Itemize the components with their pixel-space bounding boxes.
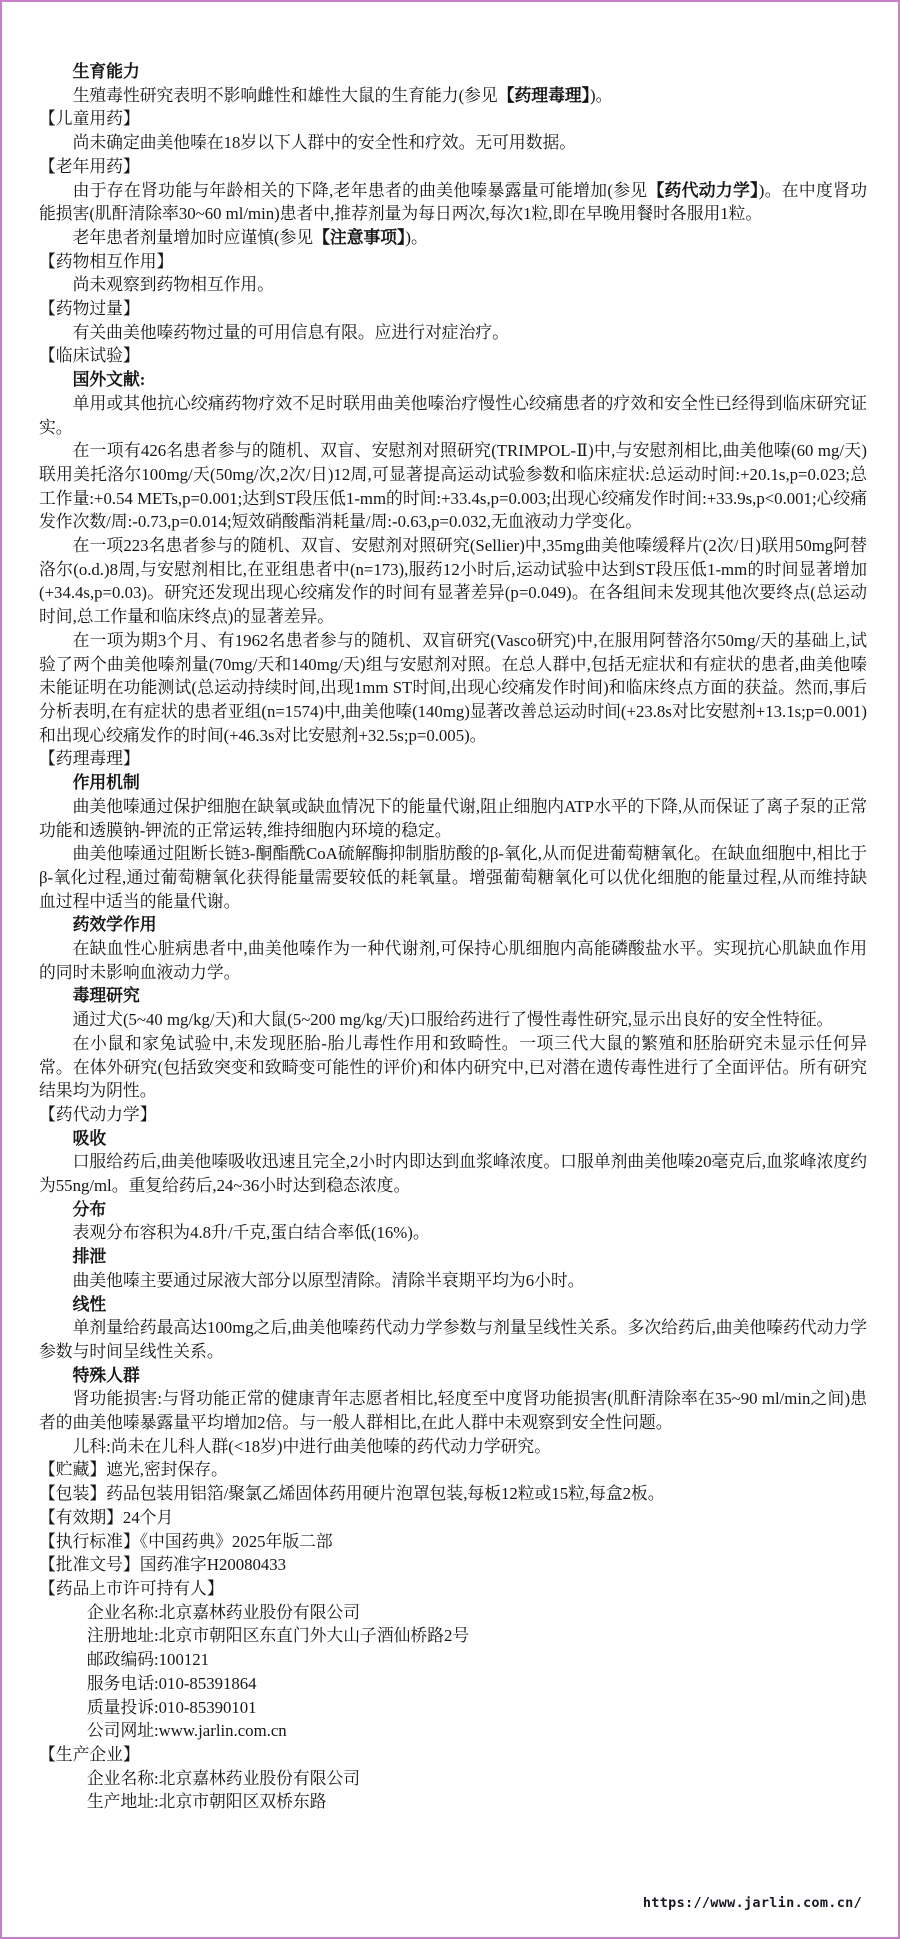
- paragraph: 表观分布容积为4.8升/千克,蛋白结合率低(16%)。: [39, 1221, 867, 1245]
- text: 表观分布容积为4.8升/千克,蛋白结合率低(16%)。: [73, 1223, 430, 1242]
- sub-header: 分布: [39, 1198, 867, 1222]
- section-header: 【老年用药】: [39, 155, 867, 179]
- contact-line: 邮政编码:100121: [39, 1648, 867, 1672]
- section-header: 【药物过量】: [39, 297, 867, 321]
- contact-line: 企业名称:北京嘉林药业股份有限公司: [39, 1601, 867, 1625]
- text: 通过犬(5~40 mg/kg/天)和大鼠(5~200 mg/kg/天)口服给药进…: [73, 1010, 834, 1029]
- contact-line: 服务电话:010-85391864: [39, 1672, 867, 1696]
- text: 《中国药典》2025年版二部: [140, 1532, 333, 1551]
- text: 肾功能损害:与肾功能正常的健康青年志愿者相比,轻度至中度肾功能损害(肌酐清除率在…: [39, 1389, 867, 1432]
- text: 【儿童用药】: [39, 109, 140, 128]
- paragraph: 尚未确定曲美他嗪在18岁以下人群中的安全性和疗效。无可用数据。: [39, 131, 867, 155]
- section-line: 【批准文号】国药准字H20080433: [39, 1553, 867, 1577]
- text: 【包装】: [39, 1484, 106, 1503]
- paragraph: 由于存在肾功能与年龄相关的下降,老年患者的曲美他嗪暴露量可能增加(参见【药代动力…: [39, 179, 867, 226]
- text: 在小鼠和家兔试验中,未发现胚胎-胎儿毒性作用和致畸性。一项三代大鼠的繁殖和胚胎研…: [39, 1034, 867, 1100]
- paragraph: 肾功能损害:与肾功能正常的健康青年志愿者相比,轻度至中度肾功能损害(肌酐清除率在…: [39, 1387, 867, 1434]
- paragraph: 生殖毒性研究表明不影响雌性和雄性大鼠的生育能力(参见【药理毒理】)。: [39, 84, 867, 108]
- section-header: 【药代动力学】: [39, 1103, 867, 1127]
- text: 24个月: [123, 1508, 173, 1527]
- sub-header: 排泄: [39, 1245, 867, 1269]
- text: 生殖毒性研究表明不影响雌性和雄性大鼠的生育能力(参见: [73, 86, 498, 105]
- text: 口服给药后,曲美他嗪吸收迅速且完全,2小时内即达到血浆峰浓度。口服单剂曲美他嗪2…: [39, 1152, 867, 1195]
- paragraph: 在一项有426名患者参与的随机、双盲、安慰剂对照研究(TRIMPOL-Ⅱ)中,与…: [39, 439, 867, 534]
- paragraph: 在缺血性心脏病患者中,曲美他嗪作为一种代谢剂,可保持心肌细胞内高能磷酸盐水平。实…: [39, 937, 867, 984]
- text: 【药代动力学】: [39, 1105, 156, 1124]
- bold-text: 国外文献:: [73, 370, 146, 389]
- text: 在一项为期3个月、有1962名患者参与的随机、双盲研究(Vasco研究)中,在服…: [39, 631, 867, 745]
- paragraph: 在一项223名患者参与的随机、双盲、安慰剂对照研究(Sellier)中,35mg…: [39, 534, 867, 629]
- bold-text: 线性: [73, 1295, 107, 1314]
- section-header: 【生产企业】: [39, 1743, 867, 1767]
- section-line: 【包装】药品包装用铝箔/聚氯乙烯固体药用硬片泡罩包装,每板12粒或15粒,每盒2…: [39, 1482, 867, 1506]
- text: 【生产企业】: [39, 1745, 140, 1764]
- text: 曲美他嗪通过保护细胞在缺氧或缺血情况下的能量代谢,阻止细胞内ATP水平的下降,从…: [39, 797, 867, 840]
- paragraph: 单剂量给药最高达100mg之后,曲美他嗪药代动力学参数与剂量呈线性关系。多次给药…: [39, 1316, 867, 1363]
- bold-text: 毒理研究: [73, 986, 140, 1005]
- text: 在缺血性心脏病患者中,曲美他嗪作为一种代谢剂,可保持心肌细胞内高能磷酸盐水平。实…: [39, 939, 867, 982]
- section-header: 【儿童用药】: [39, 107, 867, 131]
- text: 药品包装用铝箔/聚氯乙烯固体药用硬片泡罩包装,每板12粒或15粒,每盒2板。: [106, 1484, 664, 1503]
- paragraph: 儿科:尚未在儿科人群(<18岁)中进行曲美他嗪的药代动力学研究。: [39, 1435, 867, 1459]
- paragraph: 尚未观察到药物相互作用。: [39, 273, 867, 297]
- section-header: 【药品上市许可持有人】: [39, 1577, 867, 1601]
- text: 【有效期】: [39, 1508, 123, 1527]
- paragraph: 通过犬(5~40 mg/kg/天)和大鼠(5~200 mg/kg/天)口服给药进…: [39, 1008, 867, 1032]
- text: 曲美他嗪通过阻断长链3-酮酯酰CoA硫解酶抑制脂肪酸的β-氧化,从而促进葡萄糖氧…: [39, 844, 867, 910]
- bold-text: 【注意事项】: [313, 228, 405, 247]
- paragraph: 曲美他嗪主要通过尿液大部分以原型清除。清除半衰期平均为6小时。: [39, 1269, 867, 1293]
- sub-header: 特殊人群: [39, 1364, 867, 1388]
- sub-header: 药效学作用: [39, 913, 867, 937]
- bold-text: 吸收: [73, 1129, 107, 1148]
- text: 邮政编码:100121: [87, 1650, 209, 1669]
- text: 尚未观察到药物相互作用。: [73, 275, 274, 294]
- section-header: 【药物相互作用】: [39, 250, 867, 274]
- paragraph: 口服给药后,曲美他嗪吸收迅速且完全,2小时内即达到血浆峰浓度。口服单剂曲美他嗪2…: [39, 1150, 867, 1197]
- text: 曲美他嗪主要通过尿液大部分以原型清除。清除半衰期平均为6小时。: [73, 1271, 585, 1290]
- text: 企业名称:北京嘉林药业股份有限公司: [87, 1603, 360, 1622]
- text: 老年患者剂量增加时应谨慎(参见: [73, 228, 314, 247]
- text: 【贮藏】: [39, 1460, 106, 1479]
- bold-text: 药效学作用: [73, 915, 157, 934]
- text: )。: [405, 228, 427, 247]
- contact-line: 注册地址:北京市朝阳区东直门外大山子酒仙桥路2号: [39, 1624, 867, 1648]
- section-line: 【有效期】24个月: [39, 1506, 867, 1530]
- bold-text: 生育能力: [73, 62, 140, 81]
- text: 生产地址:北京市朝阳区双桥东路: [87, 1792, 327, 1811]
- paragraph: 在一项为期3个月、有1962名患者参与的随机、双盲研究(Vasco研究)中,在服…: [39, 629, 867, 748]
- text: 【药理毒理】: [39, 749, 140, 768]
- sub-header: 国外文献:: [39, 368, 867, 392]
- text: 服务电话:010-85391864: [87, 1674, 257, 1693]
- paragraph: 老年患者剂量增加时应谨慎(参见【注意事项】)。: [39, 226, 867, 250]
- text: 质量投诉:010-85390101: [87, 1698, 257, 1717]
- section-line: 【贮藏】遮光,密封保存。: [39, 1458, 867, 1482]
- bold-text: 排泄: [73, 1247, 107, 1266]
- paragraph: 曲美他嗪通过保护细胞在缺氧或缺血情况下的能量代谢,阻止细胞内ATP水平的下降,从…: [39, 795, 867, 842]
- text: 儿科:尚未在儿科人群(<18岁)中进行曲美他嗪的药代动力学研究。: [73, 1437, 551, 1456]
- text: 遮光,密封保存。: [106, 1460, 228, 1479]
- text: 单剂量给药最高达100mg之后,曲美他嗪药代动力学参数与剂量呈线性关系。多次给药…: [39, 1318, 867, 1361]
- paragraph: 曲美他嗪通过阻断长链3-酮酯酰CoA硫解酶抑制脂肪酸的β-氧化,从而促进葡萄糖氧…: [39, 842, 867, 913]
- contact-line: 生产地址:北京市朝阳区双桥东路: [39, 1790, 867, 1814]
- contact-line: 质量投诉:010-85390101: [39, 1696, 867, 1720]
- sub-header: 吸收: [39, 1127, 867, 1151]
- bold-text: 分布: [73, 1200, 107, 1219]
- text: 公司网址:www.jarlin.com.cn: [87, 1721, 287, 1740]
- insert-document: 生育能力生殖毒性研究表明不影响雌性和雄性大鼠的生育能力(参见【药理毒理】)。【儿…: [39, 60, 867, 1814]
- text: 【药物相互作用】: [39, 252, 173, 271]
- contact-line: 公司网址:www.jarlin.com.cn: [39, 1719, 867, 1743]
- text: 在一项223名患者参与的随机、双盲、安慰剂对照研究(Sellier)中,35mg…: [39, 536, 867, 626]
- text: 国药准字H20080433: [140, 1555, 286, 1574]
- text: 有关曲美他嗪药物过量的可用信息有限。应进行对症治疗。: [73, 323, 509, 342]
- text: )。: [590, 86, 612, 105]
- sub-header: 毒理研究: [39, 984, 867, 1008]
- text: 【药品上市许可持有人】: [39, 1579, 224, 1598]
- watermark-url: https://www.jarlin.com.cn/: [643, 1895, 862, 1911]
- paragraph: 有关曲美他嗪药物过量的可用信息有限。应进行对症治疗。: [39, 321, 867, 345]
- text: 【老年用药】: [39, 157, 140, 176]
- text: 企业名称:北京嘉林药业股份有限公司: [87, 1769, 360, 1788]
- bold-text: 特殊人群: [73, 1366, 140, 1385]
- text: 尚未确定曲美他嗪在18岁以下人群中的安全性和疗效。无可用数据。: [73, 133, 576, 152]
- sub-header: 线性: [39, 1293, 867, 1317]
- section-header: 【临床试验】: [39, 344, 867, 368]
- paragraph: 单用或其他抗心绞痛药物疗效不足时联用曲美他嗪治疗慢性心绞痛患者的疗效和安全性已经…: [39, 392, 867, 439]
- text: 由于存在肾功能与年龄相关的下降,老年患者的曲美他嗪暴露量可能增加(参见: [73, 181, 648, 200]
- text: 在一项有426名患者参与的随机、双盲、安慰剂对照研究(TRIMPOL-Ⅱ)中,与…: [39, 441, 867, 531]
- section-header: 【药理毒理】: [39, 747, 867, 771]
- bold-text: 【药代动力学】: [647, 181, 758, 200]
- text: 注册地址:北京市朝阳区东直门外大山子酒仙桥路2号: [87, 1626, 469, 1645]
- text: 【药物过量】: [39, 299, 140, 318]
- sub-header: 作用机制: [39, 771, 867, 795]
- text: 【临床试验】: [39, 346, 140, 365]
- contact-line: 企业名称:北京嘉林药业股份有限公司: [39, 1767, 867, 1791]
- text: 单用或其他抗心绞痛药物疗效不足时联用曲美他嗪治疗慢性心绞痛患者的疗效和安全性已经…: [39, 394, 867, 437]
- text: 【执行标准】: [39, 1532, 140, 1551]
- sub-header: 生育能力: [39, 60, 867, 84]
- section-line: 【执行标准】《中国药典》2025年版二部: [39, 1530, 867, 1554]
- paragraph: 在小鼠和家兔试验中,未发现胚胎-胎儿毒性作用和致畸性。一项三代大鼠的繁殖和胚胎研…: [39, 1032, 867, 1103]
- text: 【批准文号】: [39, 1555, 140, 1574]
- drug-insert-page: 生育能力生殖毒性研究表明不影响雌性和雄性大鼠的生育能力(参见【药理毒理】)。【儿…: [0, 0, 900, 1939]
- bold-text: 作用机制: [73, 773, 140, 792]
- bold-text: 【药理毒理】: [498, 86, 590, 105]
